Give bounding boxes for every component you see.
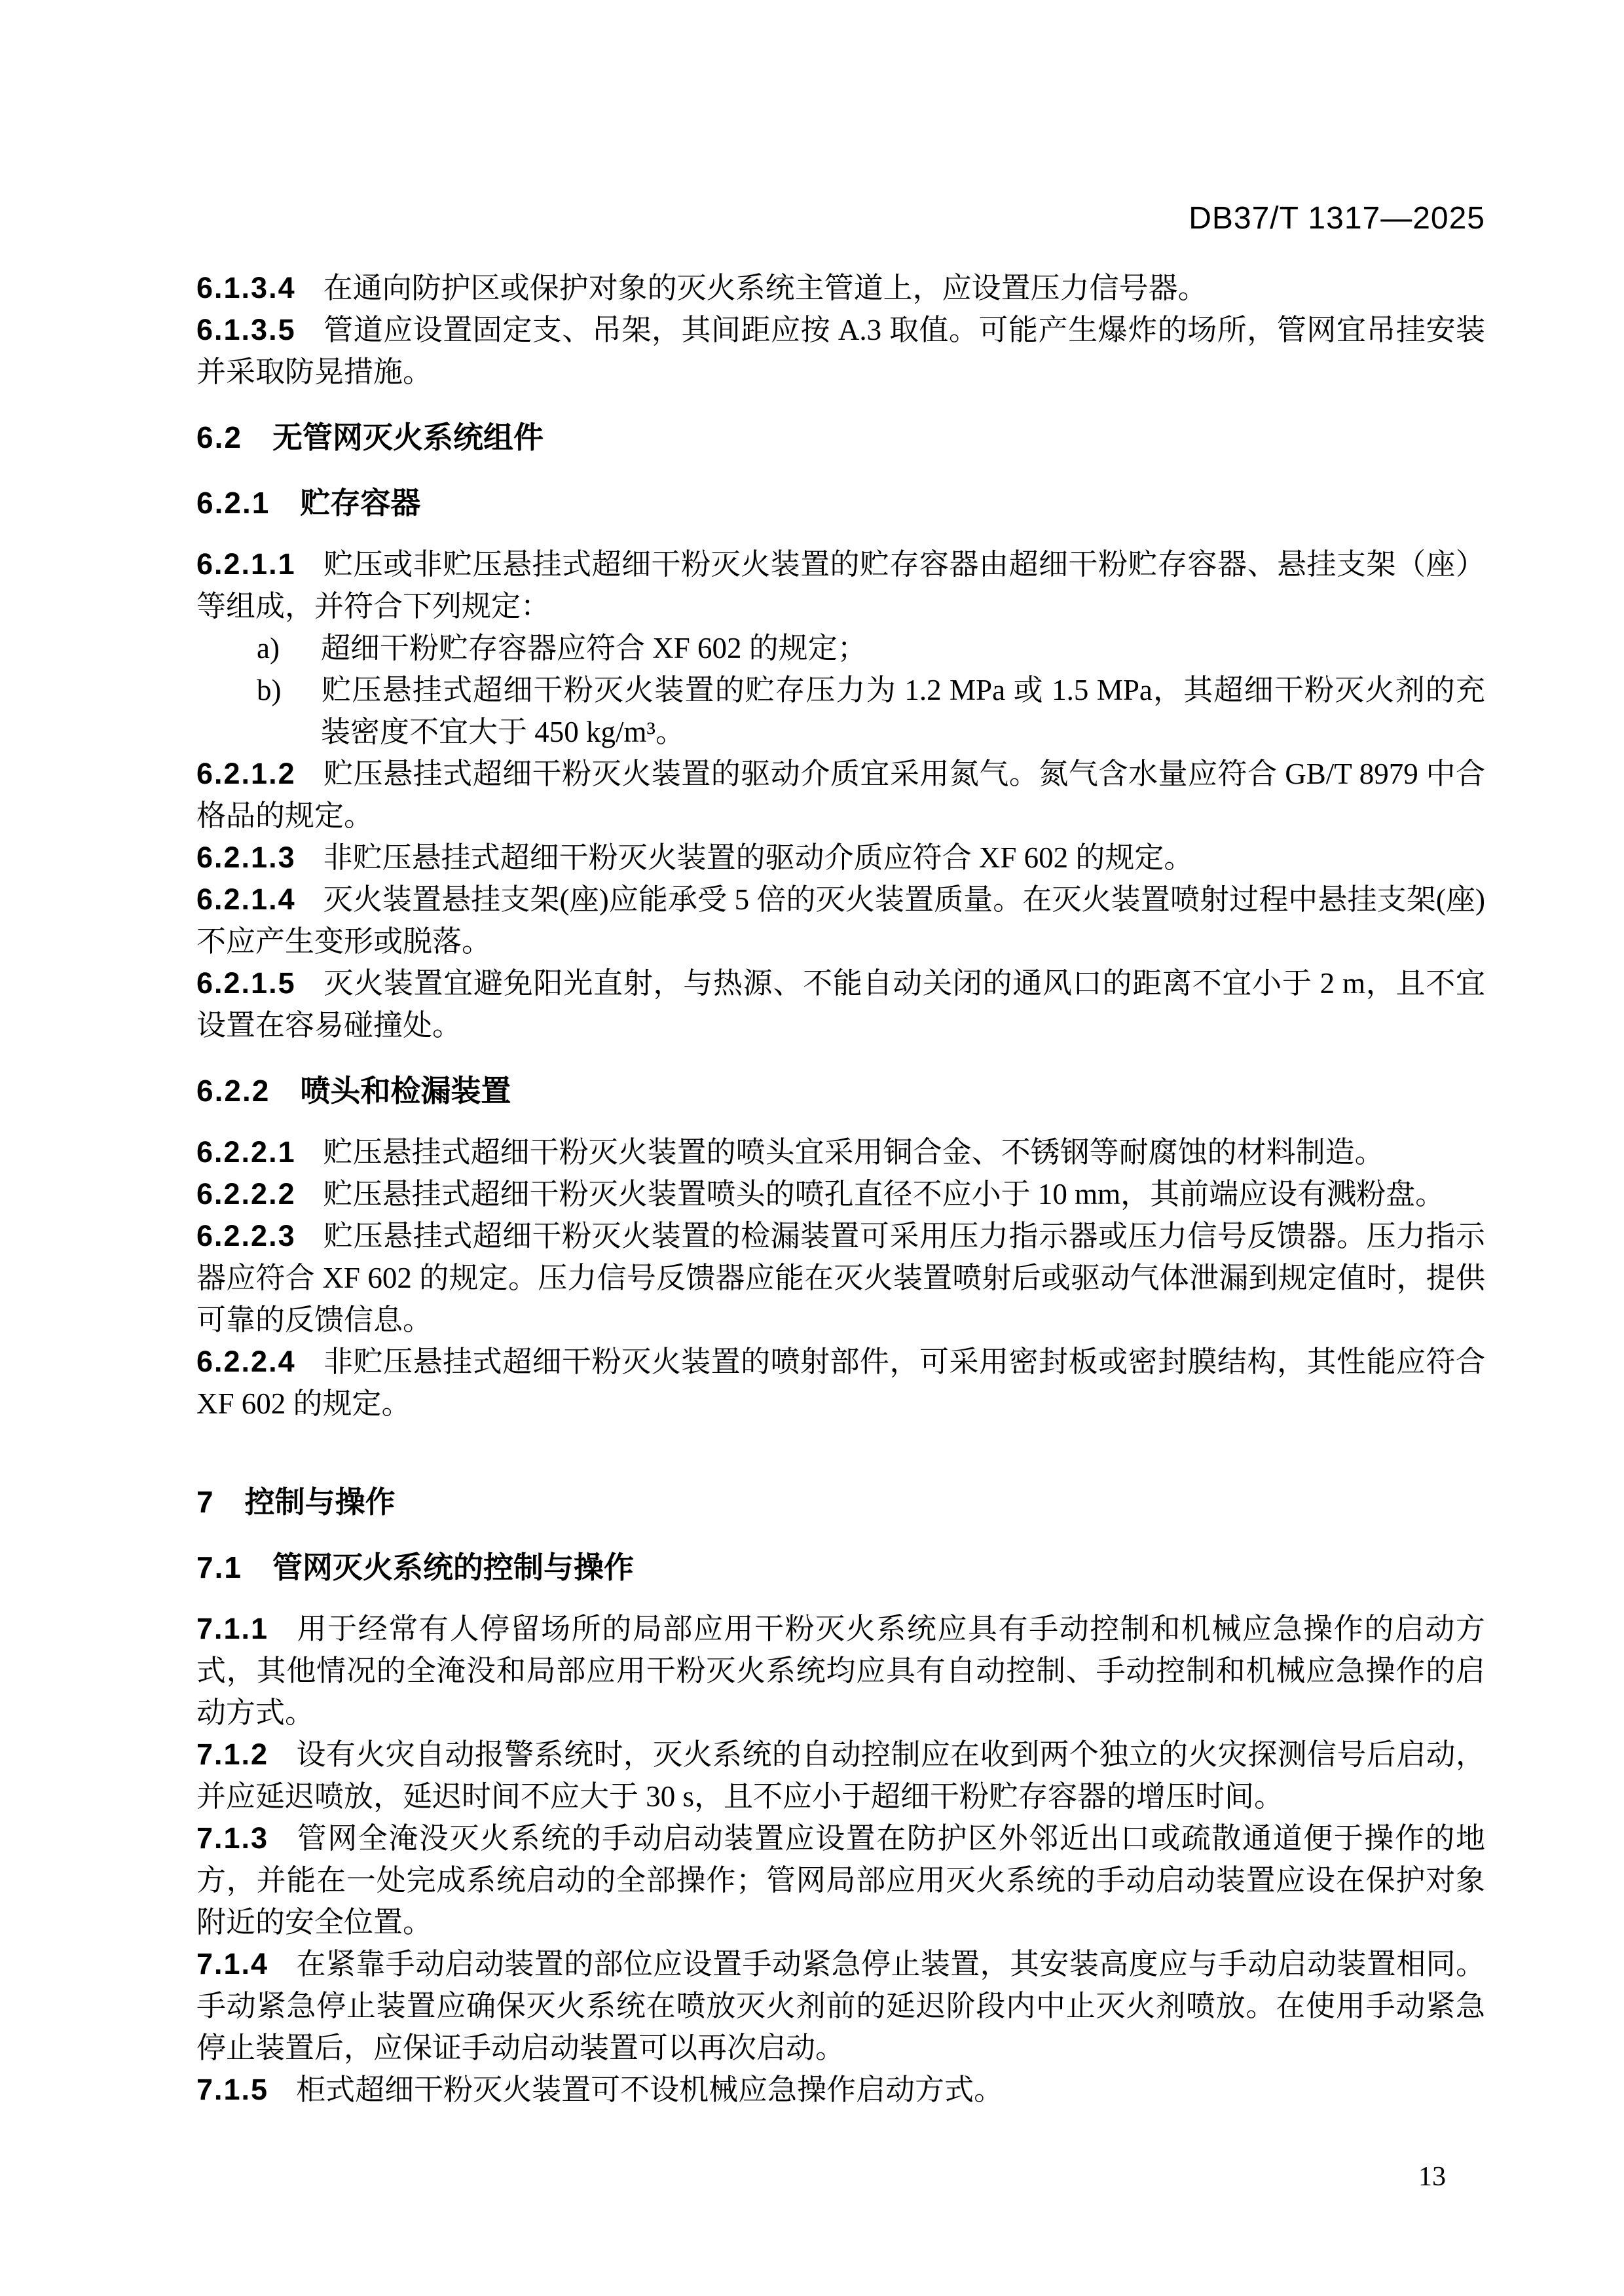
clause-number: 6.2.1.1 xyxy=(196,547,296,581)
heading-number: 6.2.1 xyxy=(196,486,270,520)
document-body: 6.1.3.4在通向防护区或保护对象的灭火系统主管道上，应设置压力信号器。6.1… xyxy=(196,267,1485,2111)
heading-text: 管网灭火系统的控制与操作 xyxy=(272,1550,634,1584)
clause-7.1.5: 7.1.5柜式超细干粉灭火装置可不设机械应急操作启动方式。 xyxy=(196,2069,1485,2111)
list-item-b: b)贮压悬挂式超细干粉灭火装置的贮存压力为 1.2 MPa 或 1.5 MPa，… xyxy=(257,669,1485,753)
clause-6.2.2.1: 6.2.2.1贮压悬挂式超细干粉灭火装置的喷头宜采用铜合金、不锈钢等耐腐蚀的材料… xyxy=(196,1131,1485,1173)
list-item-a: a)超细干粉贮存容器应符合 XF 602 的规定； xyxy=(257,627,1485,669)
clause-6.1.3.5: 6.1.3.5管道应设置固定支、吊架，其间距应按 A.3 取值。可能产生爆炸的场… xyxy=(196,309,1485,393)
clause-text: 在紧靠手动启动装置的部位应设置手动紧急停止装置，其安装高度应与手动启动装置相同。… xyxy=(196,1948,1485,2064)
clause-number: 6.1.3.4 xyxy=(196,271,296,304)
clause-text: 贮压悬挂式超细干粉灭火装置的驱动介质宜采用氮气。氮气含水量应符合 GB/T 89… xyxy=(196,757,1485,832)
section-heading-7.1: 7.1管网灭火系统的控制与操作 xyxy=(196,1546,1485,1588)
clause-text: 非贮压悬挂式超细干粉灭火装置的驱动介质应符合 XF 602 的规定。 xyxy=(323,841,1194,874)
clause-text: 贮压悬挂式超细干粉灭火装置的检漏装置可采用压力指示器或压力信号反馈器。压力指示器… xyxy=(196,1220,1485,1336)
clause-7.1.4: 7.1.4在紧靠手动启动装置的部位应设置手动紧急停止装置，其安装高度应与手动启动… xyxy=(196,1943,1485,2069)
document-page: { "header": { "doc_code": "DB37/T 1317—2… xyxy=(0,0,1624,2296)
section-heading-6.2.2: 6.2.2喷头和检漏装置 xyxy=(196,1070,1485,1112)
clause-7.1.3: 7.1.3管网全淹没灭火系统的手动启动装置应设置在防护区外邻近出口或疏散通道便于… xyxy=(196,1817,1485,1943)
clause-6.2.1.5: 6.2.1.5灭火装置宜避免阳光直射，与热源、不能自动关闭的通风口的距离不宜小于… xyxy=(196,962,1485,1046)
section-heading-7: 7控制与操作 xyxy=(196,1481,1485,1523)
clause-number: 6.2.2.4 xyxy=(196,1345,296,1378)
clause-text: 在通向防护区或保护对象的灭火系统主管道上，应设置压力信号器。 xyxy=(323,272,1208,304)
clause-6.2.2.3: 6.2.2.3贮压悬挂式超细干粉灭火装置的检漏装置可采用压力指示器或压力信号反馈… xyxy=(196,1215,1485,1341)
doc-code-header: DB37/T 1317—2025 xyxy=(1189,200,1485,236)
clause-6.2.1.4: 6.2.1.4灭火装置悬挂支架(座)应能承受 5 倍的灭火装置质量。在灭火装置喷… xyxy=(196,879,1485,962)
clause-number: 7.1.4 xyxy=(196,1947,268,1980)
heading-text: 控制与操作 xyxy=(245,1485,396,1519)
clause-number: 7.1.2 xyxy=(196,1738,268,1771)
clause-text: 管网全淹没灭火系统的手动启动装置应设置在防护区外邻近出口或疏散通道便于操作的地方… xyxy=(196,1822,1485,1939)
section-heading-6.2.1: 6.2.1贮存容器 xyxy=(196,482,1485,524)
clause-text: 贮压或非贮压悬挂式超细干粉灭火装置的贮存容器由超细干粉贮存容器、悬挂支架（座）等… xyxy=(196,548,1485,623)
clause-number: 6.2.1.5 xyxy=(196,966,296,1000)
clause-6.2.1.3: 6.2.1.3非贮压悬挂式超细干粉灭火装置的驱动介质应符合 XF 602 的规定… xyxy=(196,837,1485,879)
clause-text: 贮压悬挂式超细干粉灭火装置的喷头宜采用铜合金、不锈钢等耐腐蚀的材料制造。 xyxy=(323,1136,1384,1169)
clause-text: 设有火灾自动报警系统时，灭火系统的自动控制应在收到两个独立的火灾探测信号后启动，… xyxy=(196,1738,1485,1813)
clause-number: 6.1.3.5 xyxy=(196,313,296,346)
clause-text: 超细干粉贮存容器应符合 XF 602 的规定； xyxy=(321,632,867,665)
clause-6.1.3.4: 6.1.3.4在通向防护区或保护对象的灭火系统主管道上，应设置压力信号器。 xyxy=(196,267,1485,309)
clause-number: 7.1.1 xyxy=(196,1612,268,1645)
clause-number: 7.1.5 xyxy=(196,2073,268,2106)
clause-text: 灭火装置宜避免阳光直射，与热源、不能自动关闭的通风口的距离不宜小于 2 m，且不… xyxy=(196,967,1485,1042)
section-heading-6.2: 6.2无管网灭火系统组件 xyxy=(196,416,1485,458)
clause-text: 贮压悬挂式超细干粉灭火装置的贮存压力为 1.2 MPa 或 1.5 MPa，其超… xyxy=(321,674,1485,748)
clause-number: 6.2.1.4 xyxy=(196,883,296,916)
clause-6.2.1.2: 6.2.1.2贮压悬挂式超细干粉灭火装置的驱动介质宜采用氮气。氮气含水量应符合 … xyxy=(196,753,1485,837)
clause-number: 6.2.2.2 xyxy=(196,1177,296,1211)
clause-number: 6.2.2.3 xyxy=(196,1219,296,1252)
page-number: 13 xyxy=(1418,2161,1446,2193)
clause-text: 用于经常有人停留场所的局部应用干粉灭火系统应具有手动控制和机械应急操作的启动方式… xyxy=(196,1613,1485,1729)
heading-number: 7 xyxy=(196,1485,215,1519)
clause-7.1.1: 7.1.1用于经常有人停留场所的局部应用干粉灭火系统应具有手动控制和机械应急操作… xyxy=(196,1608,1485,1734)
heading-text: 喷头和检漏装置 xyxy=(300,1074,511,1108)
heading-number: 6.2 xyxy=(196,420,242,454)
clause-number: 6.2.1.2 xyxy=(196,757,296,790)
clause-text: 非贮压悬挂式超细干粉灭火装置的喷射部件，可采用密封板或密封膜结构，其性能应符合 … xyxy=(196,1345,1485,1420)
clause-text: 灭火装置悬挂支架(座)应能承受 5 倍的灭火装置质量。在灭火装置喷射过程中悬挂支… xyxy=(196,883,1485,958)
clause-text: 柜式超细干粉灭火装置可不设机械应急操作启动方式。 xyxy=(296,2073,1003,2106)
clause-text: 管道应设置固定支、吊架，其间距应按 A.3 取值。可能产生爆炸的场所，管网宜吊挂… xyxy=(196,314,1485,388)
clause-number: 7.1.3 xyxy=(196,1821,268,1855)
clause-number: 6.2.2.1 xyxy=(196,1135,296,1169)
clause-7.1.2: 7.1.2设有火灾自动报警系统时，灭火系统的自动控制应在收到两个独立的火灾探测信… xyxy=(196,1734,1485,1817)
heading-text: 无管网灭火系统组件 xyxy=(272,420,544,454)
list-marker: a) xyxy=(257,627,321,669)
heading-text: 贮存容器 xyxy=(300,486,420,520)
clause-number: 6.2.1.3 xyxy=(196,841,296,874)
list-marker: b) xyxy=(257,669,321,711)
clause-6.2.1.1: 6.2.1.1贮压或非贮压悬挂式超细干粉灭火装置的贮存容器由超细干粉贮存容器、悬… xyxy=(196,543,1485,627)
heading-number: 6.2.2 xyxy=(196,1074,270,1108)
clause-6.2.2.4: 6.2.2.4非贮压悬挂式超细干粉灭火装置的喷射部件，可采用密封板或密封膜结构，… xyxy=(196,1341,1485,1425)
clause-text: 贮压悬挂式超细干粉灭火装置喷头的喷孔直径不应小于 10 mm，其前端应设有溅粉盘… xyxy=(323,1178,1445,1211)
heading-number: 7.1 xyxy=(196,1550,242,1584)
clause-6.2.2.2: 6.2.2.2贮压悬挂式超细干粉灭火装置喷头的喷孔直径不应小于 10 mm，其前… xyxy=(196,1173,1485,1215)
